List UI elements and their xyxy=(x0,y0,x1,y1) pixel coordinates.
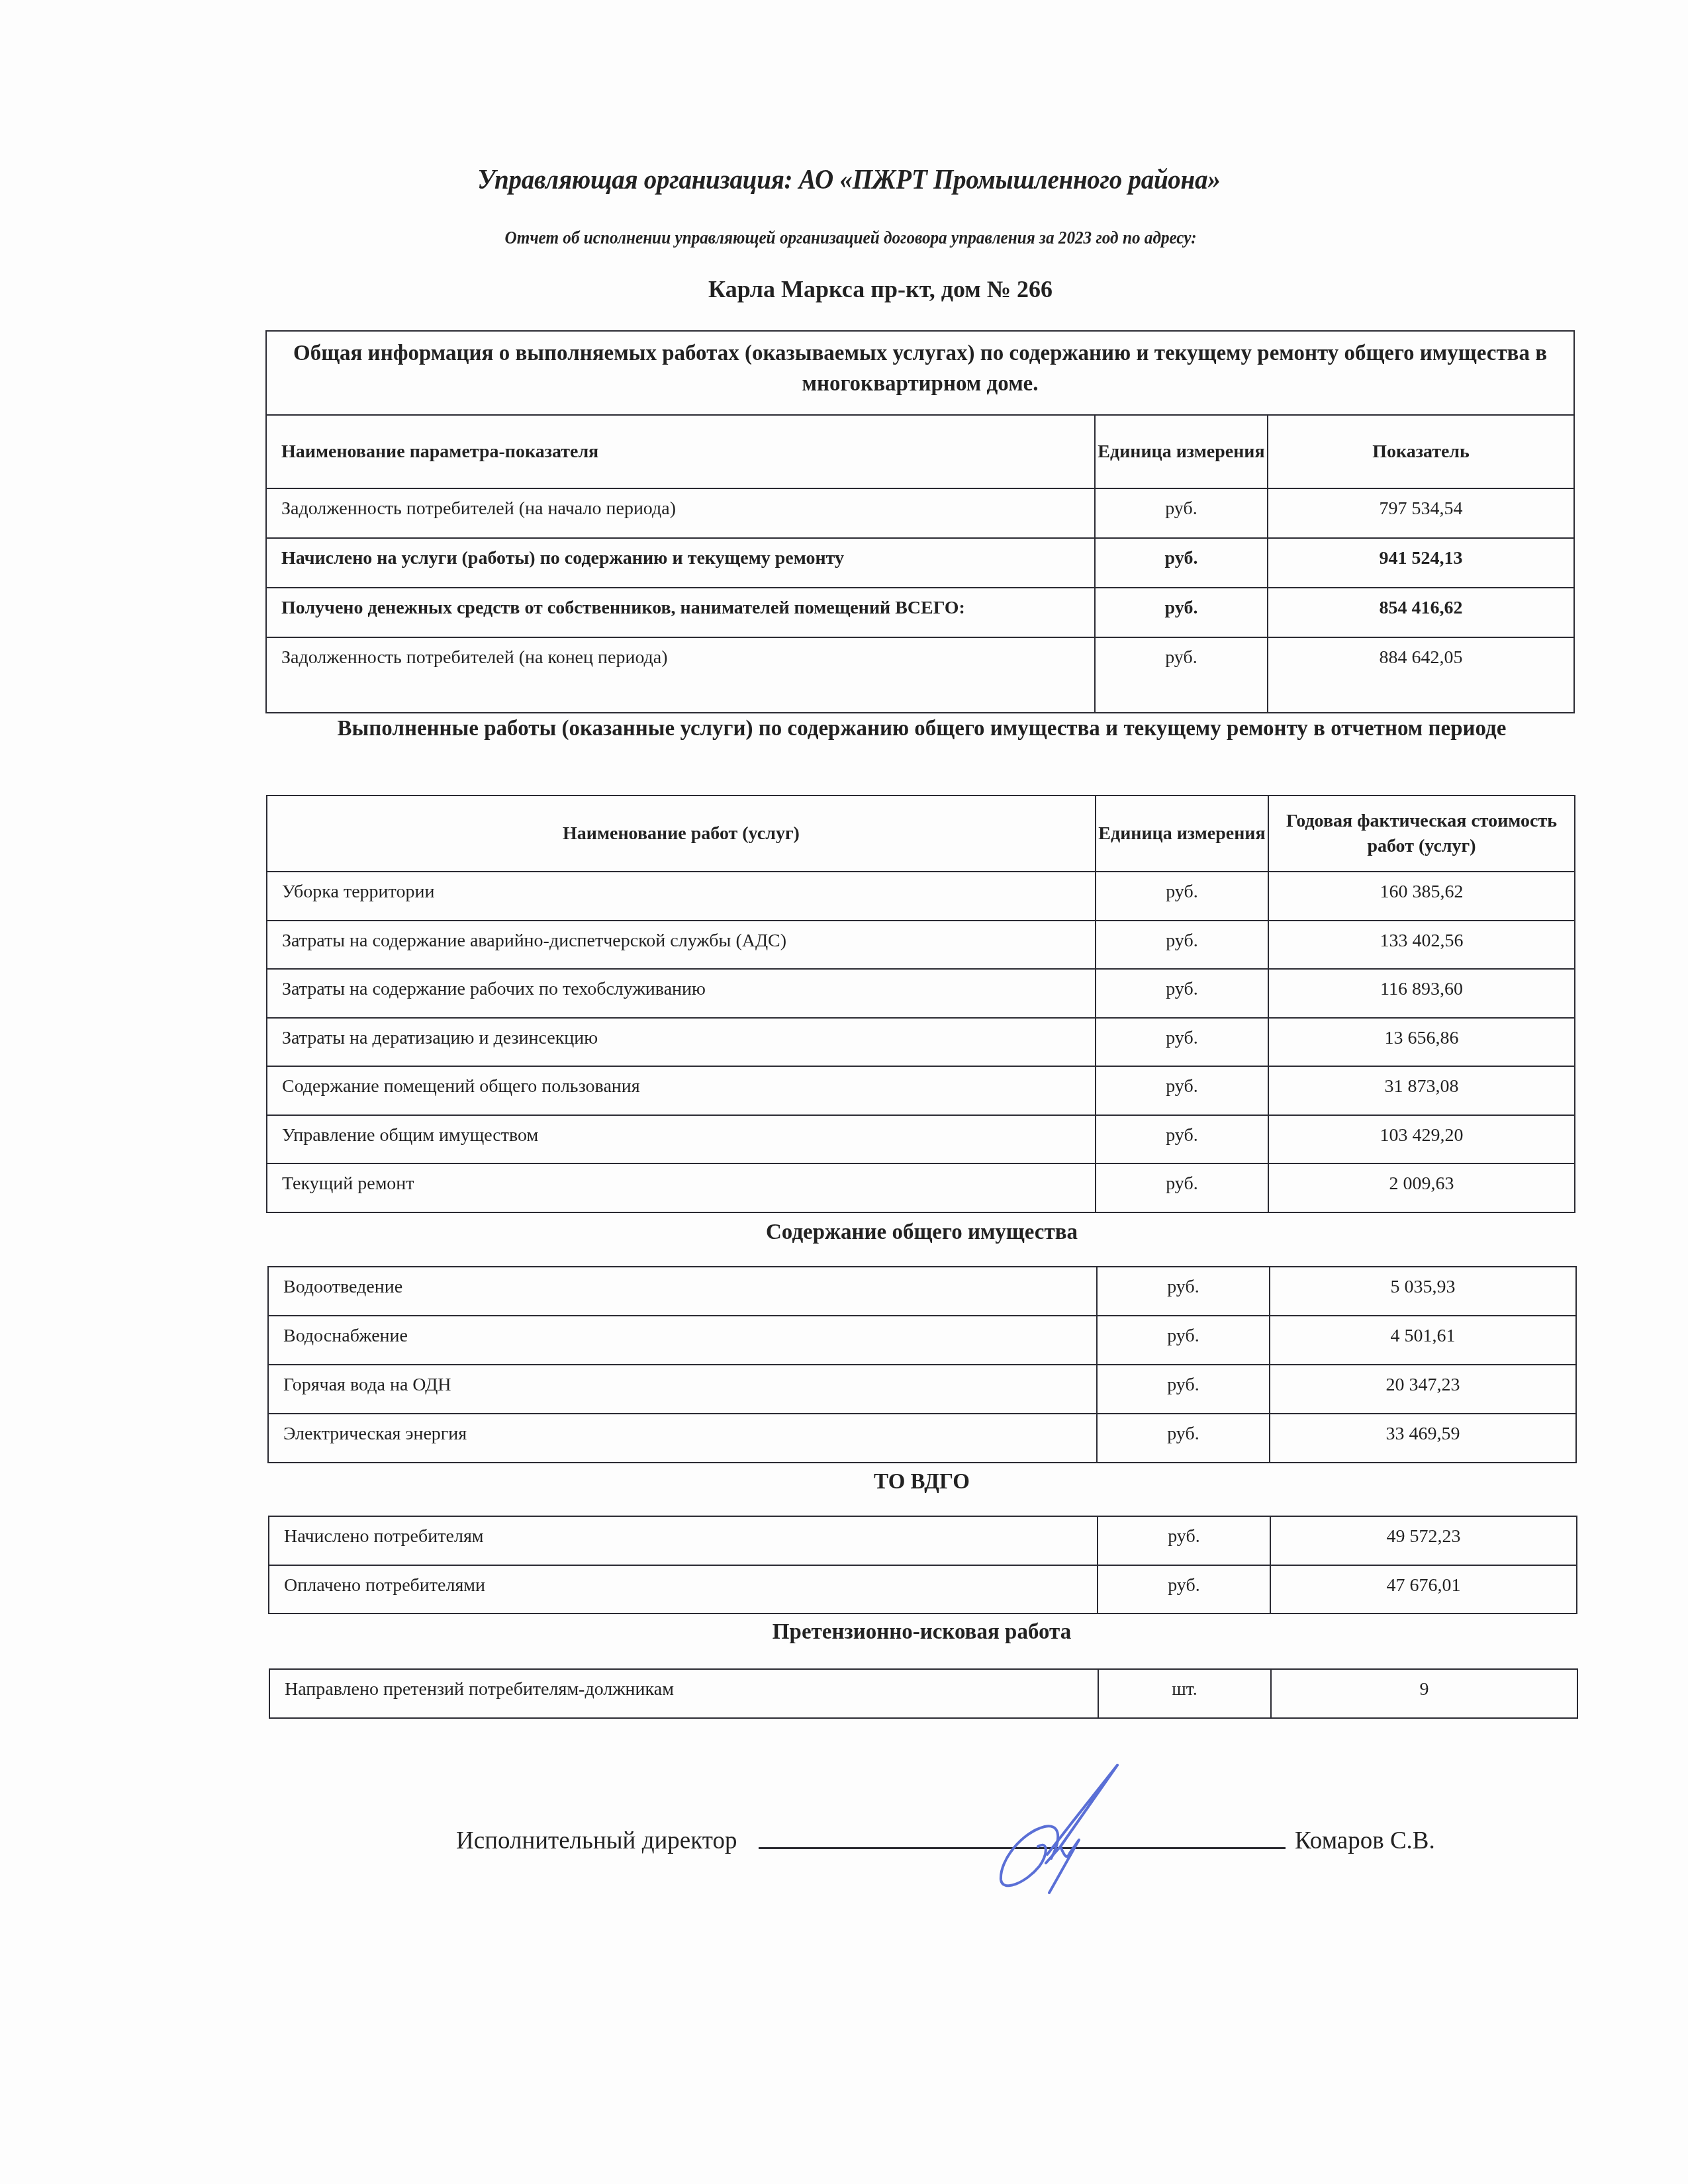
row-name: Водоотведение xyxy=(268,1267,1097,1316)
column-header-parameter: Наименование параметра-показателя xyxy=(266,415,1095,488)
signatory-position: Исполнительный директор xyxy=(456,1827,737,1855)
row-value: 854 416,62 xyxy=(1268,588,1574,637)
claims-heading: Претензионно-исковая работа xyxy=(267,1617,1577,1647)
table-row: Задолженность потребителей (на конец пер… xyxy=(266,637,1574,713)
row-name: Начислено потребителям xyxy=(269,1516,1098,1565)
row-value: 33 469,59 xyxy=(1270,1414,1576,1463)
table-row: Водоотведение руб. 5 035,93 xyxy=(268,1267,1576,1316)
table-row: Управление общим имуществом руб. 103 429… xyxy=(267,1115,1575,1164)
common-property-table: Водоотведение руб. 5 035,93 Водоснабжени… xyxy=(267,1266,1577,1463)
row-unit: руб. xyxy=(1097,1316,1270,1365)
general-info-table: Общая информация о выполняемых работах (… xyxy=(265,330,1575,713)
report-subtitle: Отчет об исполнении управляющей организа… xyxy=(91,228,1611,249)
row-unit: руб. xyxy=(1098,1565,1270,1614)
row-name: Водоснабжение xyxy=(268,1316,1097,1365)
handwritten-signature-icon xyxy=(986,1760,1132,1899)
row-unit: руб. xyxy=(1096,1163,1268,1212)
row-value: 13 656,86 xyxy=(1268,1018,1575,1067)
row-name: Получено денежных средств от собственник… xyxy=(266,588,1095,637)
row-unit: руб. xyxy=(1096,1018,1268,1067)
row-name: Начислено на услуги (работы) по содержан… xyxy=(266,538,1095,588)
row-value: 2 009,63 xyxy=(1268,1163,1575,1212)
row-name: Управление общим имуществом xyxy=(267,1115,1096,1164)
row-name: Затраты на дератизацию и дезинсекцию xyxy=(267,1018,1096,1067)
table-row: Горячая вода на ОДН руб. 20 347,23 xyxy=(268,1365,1576,1414)
row-value: 116 893,60 xyxy=(1268,969,1575,1018)
row-unit: руб. xyxy=(1097,1414,1270,1463)
table-row: Уборка территории руб. 160 385,62 xyxy=(267,872,1575,921)
table-row: Начислено потребителям руб. 49 572,23 xyxy=(269,1516,1577,1565)
row-value: 884 642,05 xyxy=(1268,637,1574,713)
row-name: Задолженность потребителей (на конец пер… xyxy=(266,637,1095,713)
row-unit: руб. xyxy=(1096,1066,1268,1115)
row-unit: руб. xyxy=(1095,588,1268,637)
table-row: Электрическая энергия руб. 33 469,59 xyxy=(268,1414,1576,1463)
works-table: Наименование работ (услуг) Единица измер… xyxy=(266,795,1575,1213)
row-unit: руб. xyxy=(1097,1365,1270,1414)
row-name: Направлено претензий потребителям-должни… xyxy=(269,1669,1098,1718)
row-unit: руб. xyxy=(1096,1115,1268,1164)
claims-table: Направлено претензий потребителям-должни… xyxy=(269,1668,1578,1719)
row-unit: руб. xyxy=(1095,488,1268,538)
organization-title: Управляющая организация: АО «ПЖРТ Промыш… xyxy=(64,164,1634,196)
row-unit: руб. xyxy=(1097,1267,1270,1316)
row-name: Оплачено потребителями xyxy=(269,1565,1098,1614)
row-name: Затраты на содержание аварийно-диспетчер… xyxy=(267,921,1096,970)
table-row: Задолженность потребителей (на начало пе… xyxy=(266,488,1574,538)
row-unit: руб. xyxy=(1096,872,1268,921)
table-row: Содержание помещений общего пользования … xyxy=(267,1066,1575,1115)
common-property-heading: Содержание общего имущества xyxy=(267,1217,1577,1248)
signatory-name: Комаров С.В. xyxy=(1295,1827,1435,1855)
vdgo-table: Начислено потребителям руб. 49 572,23 Оп… xyxy=(268,1516,1577,1614)
row-value: 9 xyxy=(1271,1669,1577,1718)
row-unit: шт. xyxy=(1098,1669,1271,1718)
table-row: Текущий ремонт руб. 2 009,63 xyxy=(267,1163,1575,1212)
column-header-annual-cost: Годовая фактическая стоимость работ (усл… xyxy=(1268,796,1575,872)
row-value: 31 873,08 xyxy=(1268,1066,1575,1115)
column-header-work-name: Наименование работ (услуг) xyxy=(267,796,1096,872)
row-name: Электрическая энергия xyxy=(268,1414,1097,1463)
table-row: Затраты на содержание рабочих по техобсл… xyxy=(267,969,1575,1018)
row-name: Горячая вода на ОДН xyxy=(268,1365,1097,1414)
table-row: Начислено на услуги (работы) по содержан… xyxy=(266,538,1574,588)
row-unit: руб. xyxy=(1098,1516,1270,1565)
row-unit: руб. xyxy=(1095,538,1268,588)
row-unit: руб. xyxy=(1096,921,1268,970)
row-value: 47 676,01 xyxy=(1270,1565,1577,1614)
row-name: Текущий ремонт xyxy=(267,1163,1096,1212)
building-address: Карла Маркса пр-кт, дом № 266 xyxy=(36,275,1688,303)
row-value: 160 385,62 xyxy=(1268,872,1575,921)
column-header-value: Показатель xyxy=(1268,415,1574,488)
table-row: Направлено претензий потребителям-должни… xyxy=(269,1669,1577,1718)
row-name: Уборка территории xyxy=(267,872,1096,921)
row-value: 103 429,20 xyxy=(1268,1115,1575,1164)
row-unit: руб. xyxy=(1095,637,1268,713)
row-value: 797 534,54 xyxy=(1268,488,1574,538)
row-value: 4 501,61 xyxy=(1270,1316,1576,1365)
row-value: 941 524,13 xyxy=(1268,538,1574,588)
table-row: Водоснабжение руб. 4 501,61 xyxy=(268,1316,1576,1365)
row-name: Затраты на содержание рабочих по техобсл… xyxy=(267,969,1096,1018)
general-info-caption: Общая информация о выполняемых работах (… xyxy=(266,331,1574,415)
row-name: Задолженность потребителей (на начало пе… xyxy=(266,488,1095,538)
row-value: 20 347,23 xyxy=(1270,1365,1576,1414)
row-unit: руб. xyxy=(1096,969,1268,1018)
table-row: Получено денежных средств от собственник… xyxy=(266,588,1574,637)
vdgo-heading: ТО ВДГО xyxy=(267,1467,1577,1497)
row-name: Содержание помещений общего пользования xyxy=(267,1066,1096,1115)
table-row: Затраты на дератизацию и дезинсекцию руб… xyxy=(267,1018,1575,1067)
table-row: Затраты на содержание аварийно-диспетчер… xyxy=(267,921,1575,970)
row-value: 49 572,23 xyxy=(1270,1516,1577,1565)
works-heading: Выполненные работы (оказанные услуги) по… xyxy=(267,713,1577,744)
column-header-unit: Единица измерения xyxy=(1095,415,1268,488)
row-value: 133 402,56 xyxy=(1268,921,1575,970)
column-header-unit: Единица измерения xyxy=(1096,796,1268,872)
table-row: Оплачено потребителями руб. 47 676,01 xyxy=(269,1565,1577,1614)
row-value: 5 035,93 xyxy=(1270,1267,1576,1316)
